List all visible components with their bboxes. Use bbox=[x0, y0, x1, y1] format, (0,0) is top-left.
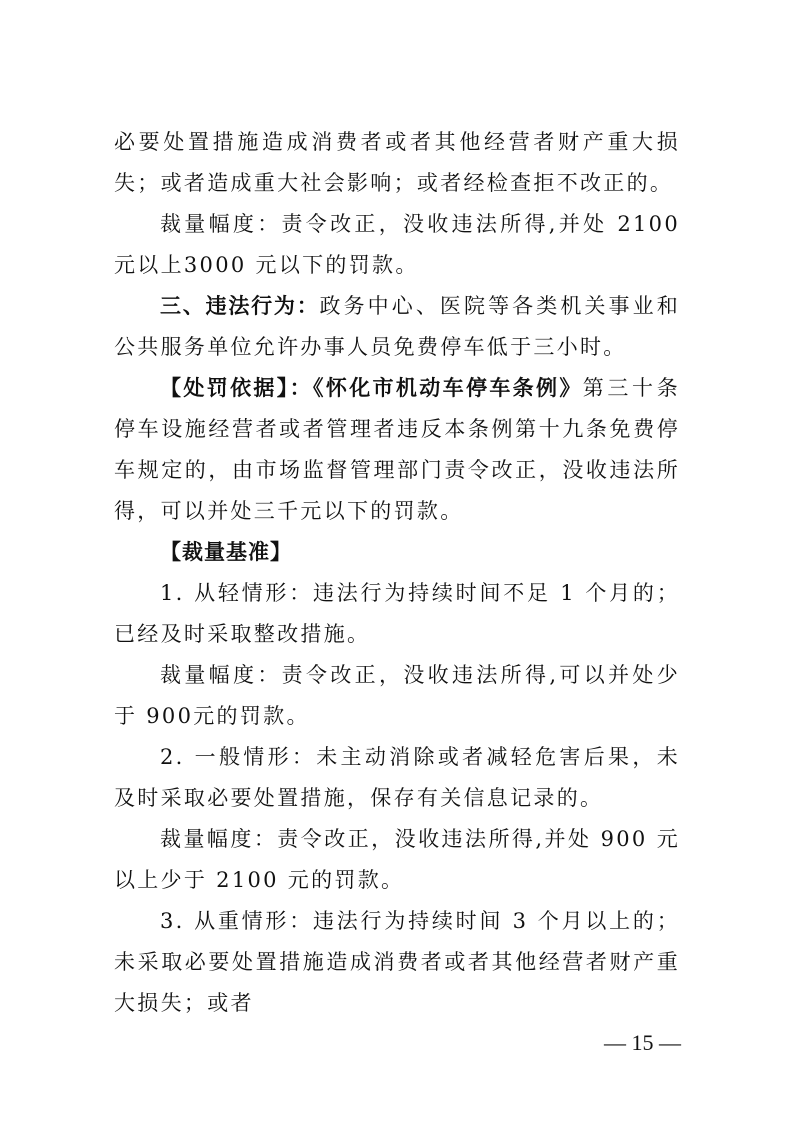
document-page: 必要处置措施造成消费者或者其他经营者财产重大损失；或者造成重大社会影响；或者经检… bbox=[114, 122, 680, 1024]
paragraph-discretion-standard: 【裁量基准】 bbox=[114, 532, 680, 573]
paragraph-penalty-basis: 【处罚依据】：《怀化市机动车停车条例》第三十条 停车设施经营者或者管理者违反本条… bbox=[114, 368, 680, 532]
paragraph-discretion-range-light: 裁量幅度：责令改正，没收违法所得,可以并处少于 900元的罚款。 bbox=[114, 655, 680, 737]
paragraph-discretion-range-severe: 裁量幅度：责令改正，没收违法所得,并处 2100 元以上3000 元以下的罚款。 bbox=[114, 204, 680, 286]
paragraph-discretion-range-general: 裁量幅度：责令改正，没收违法所得,并处 900 元以上少于 2100 元的罚款。 bbox=[114, 819, 680, 901]
paragraph-general-case: 2. 一般情形：未主动消除或者减轻危害后果，未及时采取必要处置措施，保存有关信息… bbox=[114, 737, 680, 819]
paragraph-continuation: 必要处置措施造成消费者或者其他经营者财产重大损失；或者造成重大社会影响；或者经检… bbox=[114, 122, 680, 204]
paragraph-severe-case: 3. 从重情形：违法行为持续时间 3 个月以上的；未采取必要处置措施造成消费者或… bbox=[114, 901, 680, 1024]
violation-heading: 三、违法行为： bbox=[160, 294, 320, 318]
penalty-basis-heading: 【处罚依据】：《怀化市机动车停车条例》 bbox=[160, 376, 583, 400]
paragraph-violation-three: 三、违法行为：政务中心、医院等各类机关事业和公共服务单位允许办事人员免费停车低于… bbox=[114, 286, 680, 368]
page-number: — 15 — bbox=[604, 1030, 681, 1056]
discretion-standard-heading: 【裁量基准】 bbox=[160, 540, 292, 564]
paragraph-light-case: 1. 从轻情形：违法行为持续时间不足 1 个月的；已经及时采取整改措施。 bbox=[114, 573, 680, 655]
